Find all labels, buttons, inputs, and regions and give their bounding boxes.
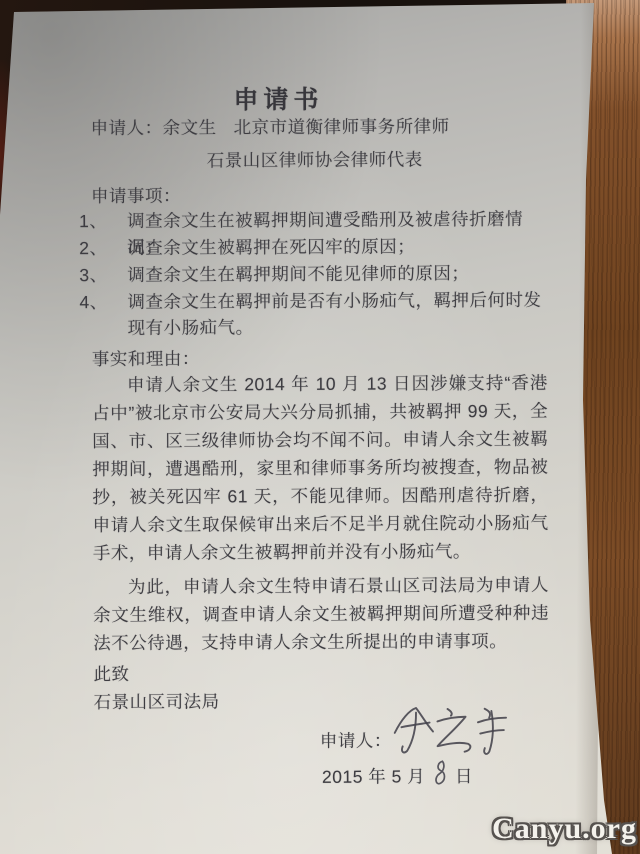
- applicant-affiliation-2: 石景山区律师协会律师代表: [207, 146, 423, 172]
- item-text: 调查余文生在羁押期间不能见律师的原因；: [127, 260, 553, 288]
- handwritten-date-digit: [433, 759, 448, 789]
- applicant-label: 申请人：: [91, 118, 163, 138]
- applicant-line: 申请人：余文生北京市道衡律师事务所律师: [91, 113, 450, 140]
- item-number: 3、: [79, 262, 107, 287]
- request-item-4: 4、 调查余文生在羁押前是否有小肠疝气，羁押后何时发现有小肠疝气。: [79, 287, 557, 342]
- request-items-heading: 申请事项：: [91, 183, 181, 208]
- item-number: 2、: [79, 235, 107, 260]
- date-prefix: 2015 年 5 月: [322, 766, 425, 787]
- closing-phrase: 此致: [93, 661, 129, 686]
- request-item-2: 2、 调查余文生被羁押在死囚牢的原因；: [79, 233, 557, 262]
- item-text: 调查余文生在羁押前是否有小肠疝气，羁押后何时发现有小肠疝气。: [127, 287, 553, 341]
- item-number: 1、: [79, 208, 107, 233]
- facts-heading: 事实和理由：: [92, 346, 200, 372]
- date-suffix: 日: [455, 766, 473, 786]
- request-item-3: 3、 调查余文生在羁押期间不能见律师的原因；: [79, 260, 557, 289]
- applicant-affiliation-1: 北京市道衡律师事务所律师: [234, 116, 450, 137]
- facts-paragraph-1: 申请人余文生 2014 年 10 月 13 日因涉嫌支持“香港占中”被北京市公安…: [92, 369, 549, 567]
- document-title: 申请书: [233, 80, 323, 116]
- applicant-name: 余文生: [163, 117, 217, 137]
- item-number: 4、: [79, 289, 107, 314]
- signature-label: 申请人：: [320, 728, 392, 753]
- facts-paragraph-2: 为此，申请人余文生特申请石景山区司法局为申请人余文生维权，调查申请人余文生被羁押…: [93, 571, 549, 657]
- watermark: Canyu.org: [492, 812, 637, 846]
- date-line: 2015 年 5 月 日: [322, 759, 473, 790]
- addressee: 石景山区司法局: [94, 688, 220, 714]
- item-text: 调查余文生被羁押在死囚牢的原因；: [127, 233, 553, 261]
- handwritten-signature: [386, 699, 521, 760]
- document-content: 申请书 申请人：余文生北京市道衡律师事务所律师 石景山区律师协会律师代表 申请事…: [0, 0, 640, 854]
- photo-of-document: 申请书 申请人：余文生北京市道衡律师事务所律师 石景山区律师协会律师代表 申请事…: [0, 0, 640, 854]
